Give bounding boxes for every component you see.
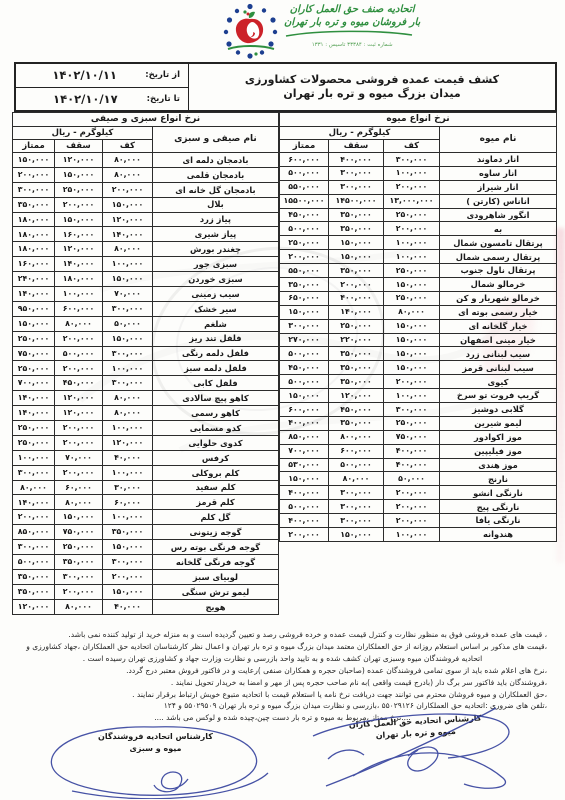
price-ceiling: ۱۵۰,۰۰۰ xyxy=(54,212,102,227)
product-name: گل کلم xyxy=(152,510,278,525)
vegetable-price-table: نرخ انواع سبزی و صیفی نام صیفی و سبزی کی… xyxy=(12,112,279,615)
table-row: نارنگی یافا۲۰۰,۰۰۰۳۰۰,۰۰۰۴۰۰,۰۰۰ xyxy=(279,514,556,528)
table-row: بلال۱۵۰,۰۰۰۲۰۰,۰۰۰۳۵۰,۰۰۰ xyxy=(12,197,278,212)
price-floor: ۸۰,۰۰۰ xyxy=(384,305,440,319)
price-floor: ۱۰۰,۰۰۰ xyxy=(384,528,440,542)
table-row: پیاز زرد۱۲۰,۰۰۰۱۵۰,۰۰۰۱۸۰,۰۰۰ xyxy=(12,212,278,227)
table-row: پرتقال رسمی شمال۱۰۰,۰۰۰۱۵۰,۰۰۰۲۰۰,۰۰۰ xyxy=(279,250,556,264)
product-name: خرمالو شهریار و کن xyxy=(440,291,557,305)
table-row: کیوی۲۰۰,۰۰۰۳۵۰,۰۰۰۵۰۰,۰۰۰ xyxy=(279,375,556,389)
price-floor: ۱۲۰,۰۰۰ xyxy=(102,212,152,227)
price-ceiling: ۴۰۰,۰۰۰ xyxy=(329,153,384,167)
table-row: شلغم۵۰,۰۰۰۸۰,۰۰۰۱۵۰,۰۰۰ xyxy=(12,316,278,331)
header-brand: اتحادیه صنف حق العمل کاران بار فروشان می… xyxy=(222,3,420,61)
product-name: سیر خشک xyxy=(152,301,278,316)
title-line2: میدان بزرگ میوه و تره بار تهران xyxy=(189,87,555,101)
product-name: نارنگی انشو xyxy=(440,486,557,500)
footnote-line: ،نرخ های اعلام شده باید از سوی تمامی فرو… xyxy=(18,665,547,677)
product-name: گلابی دوشیز xyxy=(440,403,557,417)
price-premium: ۱۴۰,۰۰۰ xyxy=(12,495,54,510)
org-registration: شماره ثبت : ۳۳۳۸۴ تاسیس : ۱۳۳۱ xyxy=(284,42,420,48)
product-name: بادمجان دلمه ای xyxy=(152,153,278,168)
price-floor: ۷۵۰,۰۰۰ xyxy=(384,430,440,444)
price-tables: نرخ انواع میوه نام میوه کیلوگرم - ریال ک… xyxy=(14,112,557,615)
product-name: خیار گلخانه ای xyxy=(440,319,557,333)
product-name: کرفس xyxy=(152,450,278,465)
price-premium: ۵۰۰,۰۰۰ xyxy=(279,347,328,361)
price-premium: ۱۸۰,۰۰۰ xyxy=(12,212,54,227)
pink-bleed-watermark xyxy=(556,228,565,563)
product-name: هندوانه xyxy=(440,528,557,542)
price-floor: ۱۰۰,۰۰۰ xyxy=(102,421,152,436)
table-row: گوجه فرنگی بوته رس۱۵۰,۰۰۰۲۵۰,۰۰۰۳۰۰,۰۰۰ xyxy=(12,540,278,555)
price-premium: ۹۵۰,۰۰۰ xyxy=(12,301,54,316)
price-premium: ۲۰۰,۰۰۰ xyxy=(12,510,54,525)
price-ceiling: ۸۰,۰۰۰ xyxy=(54,495,102,510)
product-name: بلال xyxy=(152,197,278,212)
product-name: سیب لبنانی قرمز xyxy=(440,361,557,375)
price-ceiling: ۶۰۰,۰۰۰ xyxy=(329,444,384,458)
price-ceiling: ۳۰۰,۰۰۰ xyxy=(54,569,102,584)
price-premium: ۲۵۰,۰۰۰ xyxy=(279,236,328,250)
price-floor: ۱۰۰,۰۰۰ xyxy=(102,465,152,480)
price-floor: ۲۰۰,۰۰۰ xyxy=(102,182,152,197)
signature-block-right: کارشناس اتحادیه حق العمل کاران میوه و تر… xyxy=(298,716,533,740)
union-logo-icon xyxy=(222,3,278,61)
table-row: خرمالو شمال۱۵۰,۰۰۰۲۰۰,۰۰۰۳۵۰,۰۰۰ xyxy=(279,278,556,292)
price-floor: ۲۰۰,۰۰۰ xyxy=(384,375,440,389)
price-premium: ۲۷۰,۰۰۰ xyxy=(279,333,328,347)
product-name: انگور شاهرودی xyxy=(440,208,557,222)
price-premium: ۸۰,۰۰۰ xyxy=(12,480,54,495)
price-premium: ۱۰۰,۰۰۰ xyxy=(12,450,54,465)
veg-col-ceiling: سقف xyxy=(54,140,102,153)
price-floor: ۴۰۰,۰۰۰ xyxy=(384,458,440,472)
table-row: بادمجان گل خانه ای۲۰۰,۰۰۰۲۵۰,۰۰۰۳۰۰,۰۰۰ xyxy=(12,182,278,197)
product-name: نارنگی یافا xyxy=(440,514,557,528)
price-ceiling: ۸۰,۰۰۰ xyxy=(329,472,384,486)
table-row: پرتقال ناول جنوب۲۵۰,۰۰۰۳۵۰,۰۰۰۵۵۰,۰۰۰ xyxy=(279,264,556,278)
product-name: خیار مینی اصفهان xyxy=(440,333,557,347)
price-ceiling: ۷۵۰,۰۰۰ xyxy=(54,525,102,540)
product-name: نارنگی پیج xyxy=(440,500,557,514)
table-row: سیب لبنانی زرد۱۵۰,۰۰۰۳۵۰,۰۰۰۵۰۰,۰۰۰ xyxy=(279,347,556,361)
table-row: کلم بروکلی۱۰۰,۰۰۰۲۰۰,۰۰۰۳۰۰,۰۰۰ xyxy=(12,465,278,480)
fruit-col-premium: ممتاز xyxy=(279,140,328,153)
price-floor: ۳۰۰,۰۰۰ xyxy=(384,153,440,167)
price-ceiling: ۳۵۰,۰۰۰ xyxy=(329,208,384,222)
price-floor: ۲۵۰,۰۰۰ xyxy=(384,291,440,305)
price-ceiling: ۶۰,۰۰۰ xyxy=(54,480,102,495)
price-floor: ۳۵۰,۰۰۰ xyxy=(102,525,152,540)
price-premium: ۵۵۰,۰۰۰ xyxy=(279,180,328,194)
table-row: پیاز شیری۱۴۰,۰۰۰۱۶۰,۰۰۰۱۸۰,۰۰۰ xyxy=(12,227,278,242)
table-row: گوجه زیتونی۳۵۰,۰۰۰۷۵۰,۰۰۰۸۵۰,۰۰۰ xyxy=(12,525,278,540)
price-ceiling: ۸۰,۰۰۰ xyxy=(54,316,102,331)
footnote-line: اتحادیه فروشندگان میوه وسبزی تهران کشف ش… xyxy=(18,653,547,665)
table-row: کدوی حلوایی۱۲۰,۰۰۰۲۰۰,۰۰۰۲۵۰,۰۰۰ xyxy=(12,435,278,450)
price-floor: ۱۰۰,۰۰۰ xyxy=(384,389,440,403)
price-premium: ۱۴۰,۰۰۰ xyxy=(12,287,54,302)
footnotes: ، قیمت های عمده فروشی فوق به منظور نظارت… xyxy=(18,629,547,724)
table-row: بادمجان دلمه ای۸۰,۰۰۰۱۲۰,۰۰۰۱۵۰,۰۰۰ xyxy=(12,153,278,168)
price-premium: ۵۰۰,۰۰۰ xyxy=(279,166,328,180)
table-row: لوبیای سبز۲۰۰,۰۰۰۳۰۰,۰۰۰۳۵۰,۰۰۰ xyxy=(12,569,278,584)
table-row: گریپ فروت تو سرخ۱۰۰,۰۰۰۱۲۰,۰۰۰۱۵۰,۰۰۰ xyxy=(279,389,556,403)
product-name: موز اکوادور xyxy=(440,430,557,444)
product-name: موز هندی xyxy=(440,458,557,472)
price-floor: ۲۵۰,۰۰۰ xyxy=(384,416,440,430)
price-floor: ۴۰۰,۰۰۰ xyxy=(384,444,440,458)
product-name: گوجه فرنگی بوته رس xyxy=(152,540,278,555)
product-name: کلم سفید xyxy=(152,480,278,495)
product-name: کلم قرمز xyxy=(152,495,278,510)
title-date-box: کشف قیمت عمده فروشی محصولات کشاورزی میدا… xyxy=(14,62,557,112)
sig-left-line2: میوه و سبزی xyxy=(38,743,273,755)
price-ceiling: ۳۵۰,۰۰۰ xyxy=(329,416,384,430)
product-name: چغندر بورش xyxy=(152,242,278,257)
product-name: پرتقال تامسون شمال xyxy=(440,236,557,250)
price-premium: ۳۰۰,۰۰۰ xyxy=(12,182,54,197)
date-to-value: ۱۴۰۲/۱۰/۱۷ xyxy=(24,92,147,106)
price-floor: ۲۰۰,۰۰۰ xyxy=(384,514,440,528)
price-premium: ۲۰۰,۰۰۰ xyxy=(279,250,328,264)
table-row: سیب زمینی۷۰,۰۰۰۱۰۰,۰۰۰۱۴۰,۰۰۰ xyxy=(12,287,278,302)
product-name: بادمجان گل خانه ای xyxy=(152,182,278,197)
price-floor: ۱۵۰,۰۰۰ xyxy=(384,319,440,333)
price-ceiling: ۲۰۰,۰۰۰ xyxy=(54,584,102,599)
price-ceiling: ۳۰۰,۰۰۰ xyxy=(329,486,384,500)
price-premium: ۱۵۵۰۰,۰۰۰ xyxy=(279,194,328,208)
table-row: هندوانه۱۰۰,۰۰۰۱۵۰,۰۰۰۲۰۰,۰۰۰ xyxy=(279,528,556,542)
price-ceiling: ۳۵۰,۰۰۰ xyxy=(329,375,384,389)
date-range: از تاریخ: ۱۴۰۲/۱۰/۱۱ تا تاریخ: ۱۴۰۲/۱۰/۱… xyxy=(16,64,188,110)
table-row: انار شیراز۲۰۰,۰۰۰۳۰۰,۰۰۰۵۵۰,۰۰۰ xyxy=(279,180,556,194)
price-premium: ۱۵۰,۰۰۰ xyxy=(12,153,54,168)
price-floor: ۳۰۰,۰۰۰ xyxy=(102,346,152,361)
table-row: خرمالو شهریار و کن۲۵۰,۰۰۰۴۰۰,۰۰۰۶۵۰,۰۰۰ xyxy=(279,291,556,305)
product-name: بادمجان قلمی xyxy=(152,167,278,182)
date-from-value: ۱۴۰۲/۱۰/۱۱ xyxy=(24,68,145,82)
fruit-col-floor: کف xyxy=(384,140,440,153)
price-premium: ۱۶۰,۰۰۰ xyxy=(12,257,54,272)
price-ceiling: ۲۰۰,۰۰۰ xyxy=(329,278,384,292)
price-ceiling: ۸۰,۰۰۰ xyxy=(54,599,102,614)
price-floor: ۸۰,۰۰۰ xyxy=(102,391,152,406)
table-row: انار دماوند۳۰۰,۰۰۰۴۰۰,۰۰۰۶۰۰,۰۰۰ xyxy=(279,153,556,167)
price-floor: ۱۲۰,۰۰۰ xyxy=(102,435,152,450)
product-name: خیار رسمی بوته ای xyxy=(440,305,557,319)
table-row: کرفس۴۰,۰۰۰۷۰,۰۰۰۱۰۰,۰۰۰ xyxy=(12,450,278,465)
price-floor: ۱۰۰,۰۰۰ xyxy=(102,361,152,376)
price-floor: ۱۵۰,۰۰۰ xyxy=(102,272,152,287)
fruit-section-title: نرخ انواع میوه xyxy=(279,113,556,127)
price-ceiling: ۲۰۰,۰۰۰ xyxy=(54,197,102,212)
price-premium: ۱۸۰,۰۰۰ xyxy=(12,227,54,242)
price-premium: ۷۰۰,۰۰۰ xyxy=(12,376,54,391)
price-ceiling: ۷۰,۰۰۰ xyxy=(54,450,102,465)
table-row: سیر خشک۳۰۰,۰۰۰۶۰۰,۰۰۰۹۵۰,۰۰۰ xyxy=(12,301,278,316)
date-from-row: از تاریخ: ۱۴۰۲/۱۰/۱۱ xyxy=(16,64,188,88)
veg-unit-header: کیلوگرم - ریال xyxy=(12,127,152,140)
veg-col-floor: کف xyxy=(102,140,152,153)
table-row: سبزی خوردن۱۵۰,۰۰۰۱۸۰,۰۰۰۲۴۰,۰۰۰ xyxy=(12,272,278,287)
price-floor: ۲۵۰,۰۰۰ xyxy=(384,264,440,278)
document-title: کشف قیمت عمده فروشی محصولات کشاورزی میدا… xyxy=(188,64,555,110)
price-premium: ۵۰۰,۰۰۰ xyxy=(279,222,328,236)
product-name: پرتقال ناول جنوب xyxy=(440,264,557,278)
product-name: کلم بروکلی xyxy=(152,465,278,480)
product-name: فلفل تند ریز xyxy=(152,331,278,346)
product-name: سیب لبنانی زرد xyxy=(440,347,557,361)
table-row: موز اکوادور۷۵۰,۰۰۰۸۰۰,۰۰۰۸۵۰,۰۰۰ xyxy=(279,430,556,444)
price-ceiling: ۳۵۰,۰۰۰ xyxy=(329,222,384,236)
product-name: کاهو رسمی xyxy=(152,406,278,421)
price-floor: ۸۰,۰۰۰ xyxy=(102,167,152,182)
price-floor: ۳۰,۰۰۰ xyxy=(102,480,152,495)
price-floor: ۳۰۰,۰۰۰ xyxy=(102,301,152,316)
table-row: موز فیلیپین۴۰۰,۰۰۰۶۰۰,۰۰۰۷۰۰,۰۰۰ xyxy=(279,444,556,458)
price-ceiling: ۴۰۰,۰۰۰ xyxy=(329,291,384,305)
price-ceiling: ۱۲۰,۰۰۰ xyxy=(54,391,102,406)
price-ceiling: ۳۰۰,۰۰۰ xyxy=(329,514,384,528)
price-ceiling: ۱۲۰,۰۰۰ xyxy=(54,153,102,168)
price-premium: ۸۵۰,۰۰۰ xyxy=(12,525,54,540)
price-floor: ۱۵۰,۰۰۰ xyxy=(102,197,152,212)
product-name: انار ساوه xyxy=(440,166,557,180)
price-floor: ۱۰۰,۰۰۰ xyxy=(384,250,440,264)
title-line1: کشف قیمت عمده فروشی محصولات کشاورزی xyxy=(189,73,555,87)
price-premium: ۲۵۰,۰۰۰ xyxy=(12,435,54,450)
price-premium: ۶۰۰,۰۰۰ xyxy=(279,403,328,417)
price-premium: ۲۵۰,۰۰۰ xyxy=(12,331,54,346)
price-ceiling: ۳۵۰,۰۰۰ xyxy=(329,264,384,278)
product-name: کدو مسمایی xyxy=(152,421,278,436)
price-premium: ۸۵۰,۰۰۰ xyxy=(279,430,328,444)
veg-col-premium: ممتاز xyxy=(12,140,54,153)
product-name: شلغم xyxy=(152,316,278,331)
price-ceiling: ۱۵۰,۰۰۰ xyxy=(54,510,102,525)
price-premium: ۱۴۰,۰۰۰ xyxy=(12,406,54,421)
price-premium: ۲۵۰,۰۰۰ xyxy=(12,361,54,376)
product-name: هویج xyxy=(152,599,278,614)
price-premium: ۳۵۰,۰۰۰ xyxy=(12,197,54,212)
footnote-line: ،قیمت های مذکور بر اساس استعلام روزانه ا… xyxy=(18,641,547,653)
table-row: لیمو شیرین۲۵۰,۰۰۰۳۵۰,۰۰۰۴۰۰,۰۰۰ xyxy=(279,416,556,430)
product-name: کدوی حلوایی xyxy=(152,435,278,450)
price-floor: ۱۵۰,۰۰۰ xyxy=(102,540,152,555)
product-name: سبزی جور xyxy=(152,257,278,272)
price-premium: ۵۰۰,۰۰۰ xyxy=(12,555,54,570)
product-name: کاهو پیچ سالادی xyxy=(152,391,278,406)
product-name: انار دماوند xyxy=(440,153,557,167)
price-floor: ۱۵۰,۰۰۰ xyxy=(384,347,440,361)
footnote-line: ،تلفن های ضروری :اتحادیه حق العملکاران ۵… xyxy=(18,700,547,712)
price-floor: ۲۵۰,۰۰۰ xyxy=(384,208,440,222)
price-ceiling: ۱۶۰,۰۰۰ xyxy=(54,227,102,242)
price-floor: ۱۰۰,۰۰۰ xyxy=(102,257,152,272)
price-floor: ۱۵۰,۰۰۰ xyxy=(102,584,152,599)
price-floor: ۱۵۰,۰۰۰ xyxy=(384,278,440,292)
price-premium: ۴۰۰,۰۰۰ xyxy=(279,514,328,528)
product-name: خرمالو شمال xyxy=(440,278,557,292)
price-floor: ۷۰,۰۰۰ xyxy=(102,287,152,302)
product-name: لوبیای سبز xyxy=(152,569,278,584)
price-floor: ۱۵۰,۰۰۰ xyxy=(384,333,440,347)
price-premium: ۱۵۰,۰۰۰ xyxy=(279,305,328,319)
table-row: سبزی جور۱۰۰,۰۰۰۱۴۰,۰۰۰۱۶۰,۰۰۰ xyxy=(12,257,278,272)
table-row: کلم سفید۳۰,۰۰۰۶۰,۰۰۰۸۰,۰۰۰ xyxy=(12,480,278,495)
price-premium: ۵۰۰,۰۰۰ xyxy=(279,500,328,514)
price-ceiling: ۸۰۰,۰۰۰ xyxy=(329,430,384,444)
table-row: انگور شاهرودی۲۵۰,۰۰۰۳۵۰,۰۰۰۴۵۰,۰۰۰ xyxy=(279,208,556,222)
table-row: فلفل تند ریز۱۵۰,۰۰۰۲۰۰,۰۰۰۲۵۰,۰۰۰ xyxy=(12,331,278,346)
price-premium: ۱۴۰,۰۰۰ xyxy=(12,391,54,406)
price-ceiling: ۲۵۰,۰۰۰ xyxy=(54,182,102,197)
product-name: سیب زمینی xyxy=(152,287,278,302)
table-row: گل کلم۱۰۰,۰۰۰۱۵۰,۰۰۰۲۰۰,۰۰۰ xyxy=(12,510,278,525)
price-floor: ۱۵۰,۰۰۰ xyxy=(102,331,152,346)
price-floor: ۲۰۰,۰۰۰ xyxy=(384,486,440,500)
price-ceiling: ۲۲۰,۰۰۰ xyxy=(329,333,384,347)
table-row: خیار گلخانه ای۱۵۰,۰۰۰۲۵۰,۰۰۰۳۰۰,۰۰۰ xyxy=(279,319,556,333)
product-name: اناناس (کارتن ) xyxy=(440,194,557,208)
table-row: کاهو رسمی۸۰,۰۰۰۱۲۰,۰۰۰۱۴۰,۰۰۰ xyxy=(12,406,278,421)
product-name: لیمو ترش سنگی xyxy=(152,584,278,599)
price-premium: ۵۵۰,۰۰۰ xyxy=(279,264,328,278)
signature-block-left: کارشناس اتحادیه فروشندگان میوه و سبزی xyxy=(38,731,273,755)
price-ceiling: ۲۰۰,۰۰۰ xyxy=(54,331,102,346)
price-ceiling: ۲۰۰,۰۰۰ xyxy=(54,465,102,480)
product-name: موز فیلیپین xyxy=(440,444,557,458)
price-floor: ۲۰۰,۰۰۰ xyxy=(384,500,440,514)
price-premium: ۳۵۰,۰۰۰ xyxy=(12,584,54,599)
price-premium: ۷۰۰,۰۰۰ xyxy=(279,444,328,458)
price-ceiling: ۴۵۰,۰۰۰ xyxy=(54,376,102,391)
product-name: فلفل دلمه سبز xyxy=(152,361,278,376)
price-floor: ۲۰۰,۰۰۰ xyxy=(102,569,152,584)
table-row: خیار رسمی بوته ای۸۰,۰۰۰۱۴۰,۰۰۰۱۵۰,۰۰۰ xyxy=(279,305,556,319)
price-floor: ۵۰,۰۰۰ xyxy=(384,472,440,486)
price-premium: ۱۲۰,۰۰۰ xyxy=(12,599,54,614)
price-ceiling: ۲۰۰,۰۰۰ xyxy=(54,435,102,450)
price-ceiling: ۱۲۰,۰۰۰ xyxy=(329,389,384,403)
table-row: نارنگی پیج۲۰۰,۰۰۰۳۰۰,۰۰۰۵۰۰,۰۰۰ xyxy=(279,500,556,514)
date-to-row: تا تاریخ: ۱۴۰۲/۱۰/۱۷ xyxy=(16,88,188,111)
price-premium: ۱۸۰,۰۰۰ xyxy=(12,242,54,257)
price-floor: ۲۰۰,۰۰۰ xyxy=(384,180,440,194)
price-ceiling: ۴۵۰,۰۰۰ xyxy=(329,403,384,417)
table-row: کلم قرمز۶۰,۰۰۰۸۰,۰۰۰۱۴۰,۰۰۰ xyxy=(12,495,278,510)
table-row: گلابی دوشیز۳۰۰,۰۰۰۴۵۰,۰۰۰۶۰۰,۰۰۰ xyxy=(279,403,556,417)
price-floor: ۱۰۰,۰۰۰ xyxy=(384,236,440,250)
product-name: پیاز شیری xyxy=(152,227,278,242)
price-premium: ۴۵۰,۰۰۰ xyxy=(279,208,328,222)
price-premium: ۴۰۰,۰۰۰ xyxy=(279,486,328,500)
product-name: انار شیراز xyxy=(440,180,557,194)
price-ceiling: ۶۰۰,۰۰۰ xyxy=(54,301,102,316)
table-row: به۲۰۰,۰۰۰۳۵۰,۰۰۰۵۰۰,۰۰۰ xyxy=(279,222,556,236)
price-ceiling: ۱۴۰,۰۰۰ xyxy=(329,305,384,319)
price-premium: ۵۳۰,۰۰۰ xyxy=(279,458,328,472)
price-bulletin-document: اتحادیه صنف حق العمل کاران بار فروشان می… xyxy=(0,0,565,800)
price-ceiling: ۱۵۰,۰۰۰ xyxy=(329,528,384,542)
table-row: موز هندی۴۰۰,۰۰۰۵۰۰,۰۰۰۵۳۰,۰۰۰ xyxy=(279,458,556,472)
table-row: اناناس (کارتن )۱۳,۰۰۰,۰۰۰۱۴۵۰۰,۰۰۰۱۵۵۰۰,… xyxy=(279,194,556,208)
price-ceiling: ۲۵۰,۰۰۰ xyxy=(54,540,102,555)
product-name: فلفل دلمه رنگی xyxy=(152,346,278,361)
price-ceiling: ۵۰۰,۰۰۰ xyxy=(329,458,384,472)
table-row: گوجه فرنگی گلخانه۳۰۰,۰۰۰۳۵۰,۰۰۰۵۰۰,۰۰۰ xyxy=(12,555,278,570)
product-name: فلفل کابی xyxy=(152,376,278,391)
price-floor: ۲۰۰,۰۰۰ xyxy=(384,222,440,236)
table-row: خیار مینی اصفهان۱۵۰,۰۰۰۲۲۰,۰۰۰۲۷۰,۰۰۰ xyxy=(279,333,556,347)
price-ceiling: ۳۰۰,۰۰۰ xyxy=(329,180,384,194)
price-premium: ۱۵۰,۰۰۰ xyxy=(279,472,328,486)
table-row: پرتقال تامسون شمال۱۰۰,۰۰۰۱۵۰,۰۰۰۲۵۰,۰۰۰ xyxy=(279,236,556,250)
footnote-line: ، قیمت های عمده فروشی فوق به منظور نظارت… xyxy=(18,629,547,641)
product-name: سبزی خوردن xyxy=(152,272,278,287)
date-from-label: از تاریخ: xyxy=(145,70,180,80)
price-premium: ۳۰۰,۰۰۰ xyxy=(12,540,54,555)
price-floor: ۴۰,۰۰۰ xyxy=(102,599,152,614)
footnote-line: ،فروشندگان باید فاکتور سر برگ دار (بادرج… xyxy=(18,677,547,689)
product-name: به xyxy=(440,222,557,236)
price-premium: ۴۵۰,۰۰۰ xyxy=(279,361,328,375)
price-ceiling: ۳۵۰,۰۰۰ xyxy=(329,361,384,375)
price-floor: ۸۰,۰۰۰ xyxy=(102,406,152,421)
org-name-line2: بار فروشان میوه و تره بار تهران xyxy=(284,16,420,29)
veg-section-title: نرخ انواع سبزی و صیفی xyxy=(12,113,278,127)
product-name: پرتقال رسمی شمال xyxy=(440,250,557,264)
price-premium: ۳۰۰,۰۰۰ xyxy=(12,465,54,480)
fruit-name-header: نام میوه xyxy=(440,127,557,153)
price-premium: ۱۵۰,۰۰۰ xyxy=(12,316,54,331)
price-ceiling: ۱۴۰,۰۰۰ xyxy=(54,257,102,272)
price-ceiling: ۱۵۰,۰۰۰ xyxy=(54,167,102,182)
table-row: نارنگی انشو۲۰۰,۰۰۰۳۰۰,۰۰۰۴۰۰,۰۰۰ xyxy=(279,486,556,500)
price-floor: ۳۰۰,۰۰۰ xyxy=(102,555,152,570)
price-ceiling: ۱۲۰,۰۰۰ xyxy=(54,406,102,421)
price-ceiling: ۵۰۰,۰۰۰ xyxy=(54,346,102,361)
price-ceiling: ۱۴۵۰۰,۰۰۰ xyxy=(329,194,384,208)
price-floor: ۱۰۰,۰۰۰ xyxy=(384,166,440,180)
product-name: گوجه فرنگی گلخانه xyxy=(152,555,278,570)
price-ceiling: ۱۲۰,۰۰۰ xyxy=(54,242,102,257)
table-row: بادمجان قلمی۸۰,۰۰۰۱۵۰,۰۰۰۲۰۰,۰۰۰ xyxy=(12,167,278,182)
footnote-line: ،حق العملکاران و میوه فروشان محترم می تو… xyxy=(18,689,547,701)
org-name-line1: اتحادیه صنف حق العمل کاران xyxy=(284,3,420,16)
price-floor: ۴۰,۰۰۰ xyxy=(102,450,152,465)
price-floor: ۸۰,۰۰۰ xyxy=(102,153,152,168)
price-ceiling: ۱۸۰,۰۰۰ xyxy=(54,272,102,287)
price-floor: ۱۰۰,۰۰۰ xyxy=(102,510,152,525)
price-floor: ۸۰,۰۰۰ xyxy=(102,242,152,257)
price-ceiling: ۳۵۰,۰۰۰ xyxy=(54,555,102,570)
price-floor: ۳۰۰,۰۰۰ xyxy=(102,376,152,391)
fruit-unit-header: کیلوگرم - ریال xyxy=(279,127,439,140)
sig-left-line1: کارشناس اتحادیه فروشندگان xyxy=(38,731,273,743)
product-name: پیاز زرد xyxy=(152,212,278,227)
veg-name-header: نام صیفی و سبزی xyxy=(152,127,278,153)
price-premium: ۳۵۰,۰۰۰ xyxy=(12,569,54,584)
table-row: لیمو ترش سنگی۱۵۰,۰۰۰۲۰۰,۰۰۰۳۵۰,۰۰۰ xyxy=(12,584,278,599)
price-premium: ۶۰۰,۰۰۰ xyxy=(279,153,328,167)
price-premium: ۷۵۰,۰۰۰ xyxy=(12,346,54,361)
product-name: گوجه زیتونی xyxy=(152,525,278,540)
product-name: کیوی xyxy=(440,375,557,389)
date-to-label: تا تاریخ: xyxy=(147,94,180,104)
